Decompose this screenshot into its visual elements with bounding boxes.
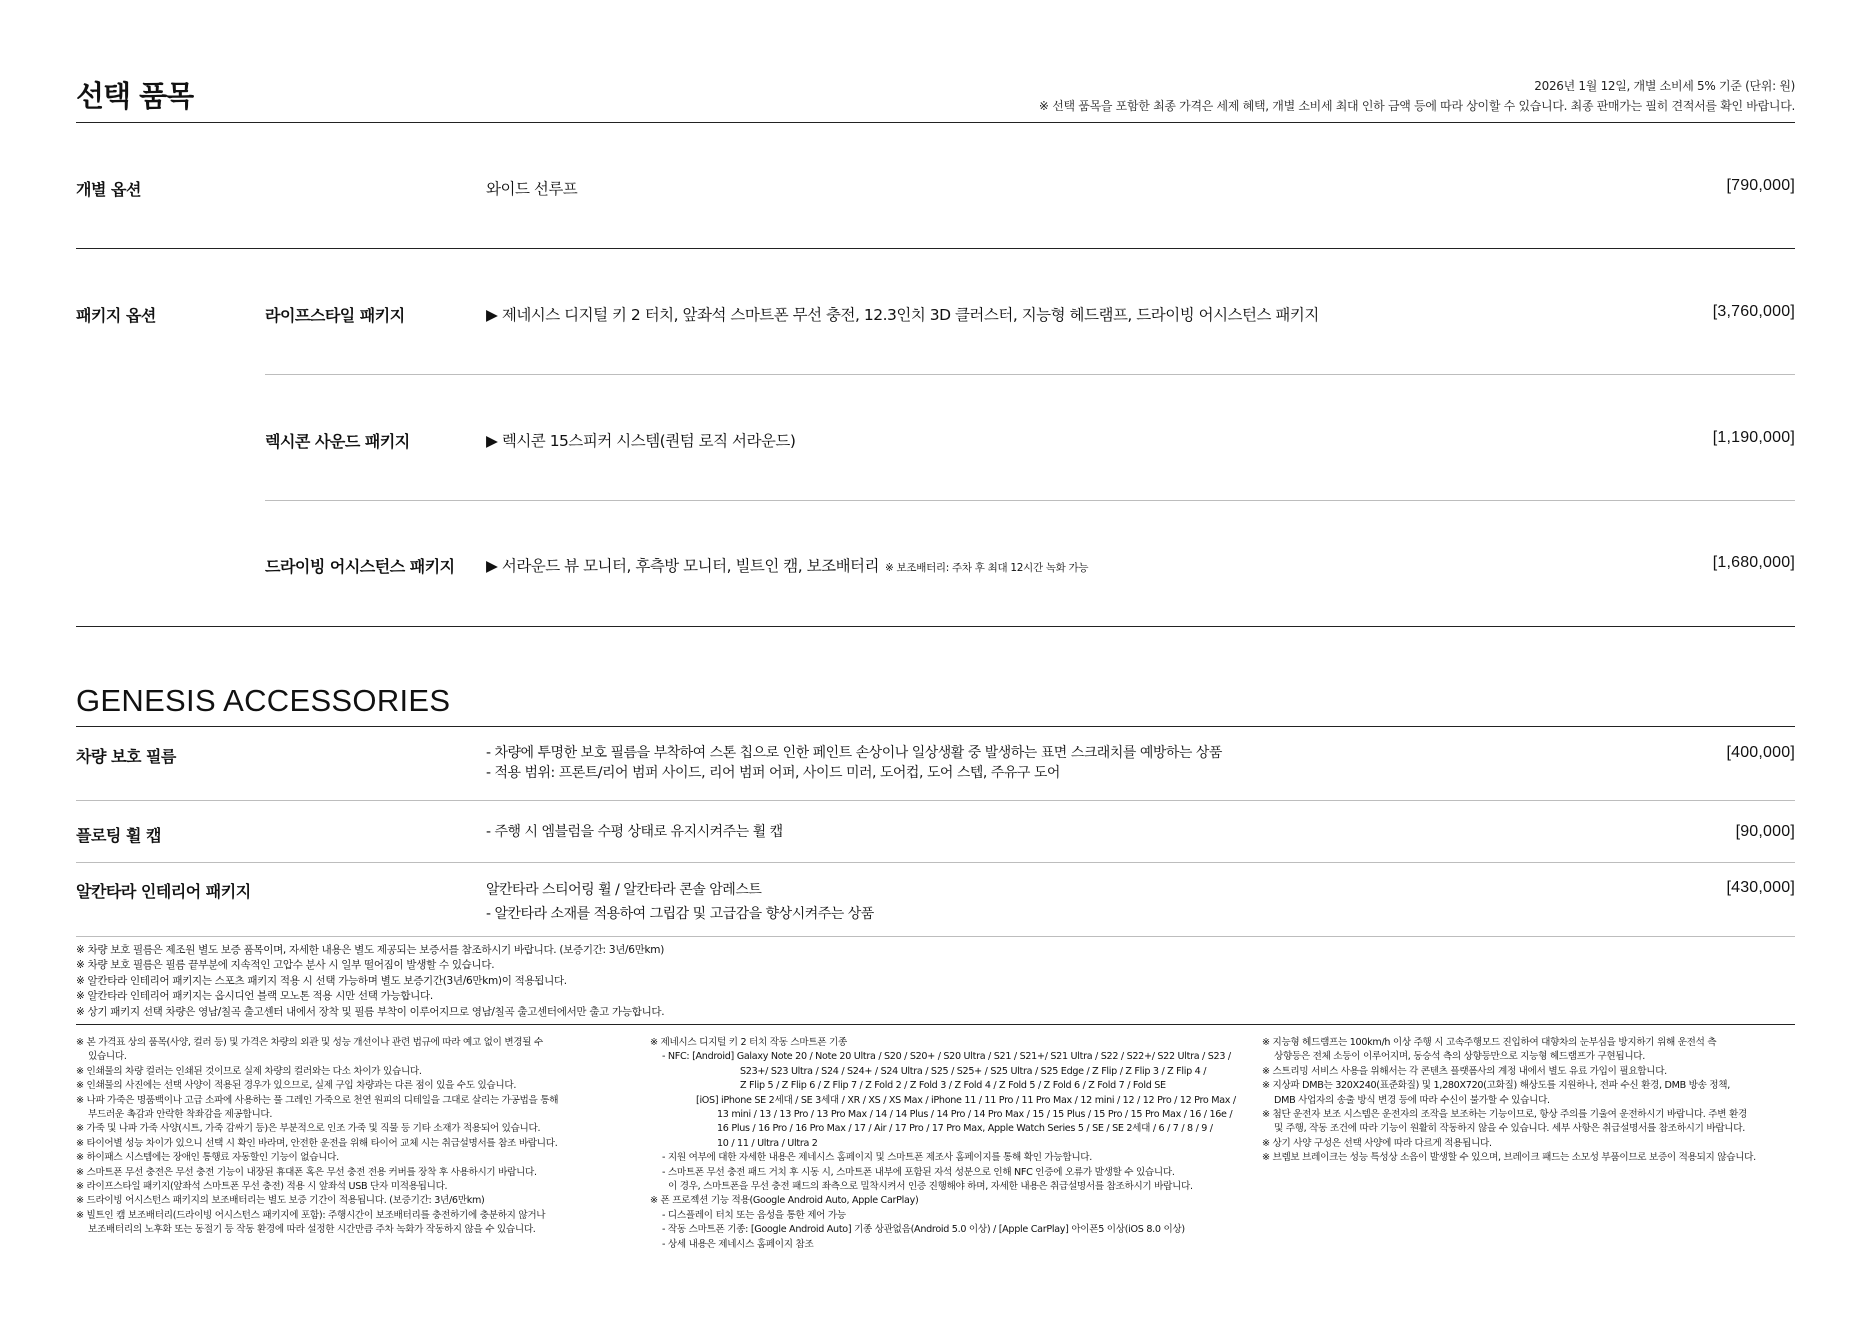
accessories-notes: ※ 차량 보호 필름은 제조원 별도 보증 품목이며, 자세한 내용은 별도 제… (76, 943, 664, 1020)
package-price: [3,760,000] (1713, 303, 1795, 321)
package-description: ▶ 제네시스 디지털 키 2 터치, 앞좌석 스마트폰 무선 충전, 12.3인… (486, 303, 1319, 325)
accessory-price: [90,000] (1736, 823, 1795, 841)
footnote-line: [iOS] iPhone SE 2세대 / SE 3세대 / XR / XS /… (650, 1094, 1250, 1108)
footnote-line: ※ 스마트폰 무선 충전은 무선 충전 기능이 내장된 휴대폰 혹은 무선 충전… (76, 1166, 636, 1180)
header-divider (76, 122, 1795, 123)
section-divider (76, 626, 1795, 627)
package-price: [1,190,000] (1713, 429, 1795, 447)
footnote-line: 보조배터리의 노후화 또는 동절기 등 작동 환경에 따라 설정한 시간만큼 주… (76, 1223, 636, 1237)
footnote-line: 16 Plus / 16 Pro / 16 Pro Max / 17 / Air… (650, 1122, 1250, 1136)
footnote-line: - NFC: [Android] Galaxy Note 20 / Note 2… (650, 1050, 1250, 1064)
page-title: 선택 품목 (76, 74, 193, 115)
footnote-line: ※ 제네시스 디지털 키 2 터치 작동 스마트폰 기종 (650, 1036, 1250, 1050)
footnote-line: - 상세 내용은 제네시스 홈페이지 참조 (650, 1238, 1250, 1252)
footnote-line: ※ 첨단 운전자 보조 시스템은 운전자의 조작을 보조하는 기능이므로, 항상… (1262, 1108, 1822, 1122)
accessory-name: 플로팅 휠 캡 (76, 823, 161, 846)
package-name: 라이프스타일 패키지 (265, 303, 405, 326)
accessory-divider (76, 936, 1795, 937)
individual-option-price: [790,000] (1726, 177, 1795, 195)
footnote-line: ※ 라이프스타일 패키지(앞좌석 스마트폰 무선 충전) 적용 시 앞좌석 US… (76, 1180, 636, 1194)
section-divider (76, 248, 1795, 249)
footnote-line: 부드러운 촉감과 안락한 착좌감을 제공합니다. (76, 1108, 636, 1122)
price-disclaimer: ※ 선택 품목을 포함한 최종 가격은 세제 혜택, 개별 소비세 최대 인하 … (1039, 97, 1795, 114)
accessory-divider (76, 800, 1795, 801)
package-divider (265, 374, 1795, 375)
package-name: 드라이빙 어시스턴스 패키지 (265, 554, 455, 577)
footnote-line: 있습니다. (76, 1050, 636, 1064)
accessories-title: GENESIS ACCESSORIES (76, 683, 450, 719)
footnote-line: S23+/ S23 Ultra / S24 / S24+ / S24 Ultra… (650, 1065, 1250, 1079)
footnotes-column-middle: ※ 제네시스 디지털 키 2 터치 작동 스마트폰 기종- NFC: [Andr… (650, 1036, 1250, 1252)
package-option-category: 패키지 옵션 (76, 303, 156, 326)
footnote-line: 10 / 11 / Ultra / Ultra 2 (650, 1137, 1250, 1151)
footnote-line: 13 mini / 13 / 13 Pro / 13 Pro Max / 14 … (650, 1108, 1250, 1122)
footnote-line: 이 경우, 스마트폰을 무선 충전 패드의 좌측으로 밀착시켜서 인증 진행해야… (650, 1180, 1250, 1194)
footnote-line: ※ 가죽 및 나파 가죽 사양(시트, 가죽 감싸기 등)은 부분적으로 인조 … (76, 1122, 636, 1136)
footnotes-column-right: ※ 지능형 헤드램프는 100km/h 이상 주행 시 고속주행모드 진입하여 … (1262, 1036, 1822, 1166)
individual-option-item: 와이드 선루프 (486, 177, 577, 199)
footnote-line: ※ 인쇄물의 사진에는 선택 사양이 적용된 경우가 있으므로, 실제 구입 차… (76, 1079, 636, 1093)
footnote-line: ※ 빌트인 캠 보조배터리(드라이빙 어시스턴스 패키지에 포함): 주행시간이… (76, 1209, 636, 1223)
individual-option-category: 개별 옵션 (76, 177, 141, 200)
accessory-name: 차량 보호 필름 (76, 744, 176, 767)
package-description: ▶ 렉시콘 15스피커 시스템(퀀텀 로직 서라운드) (486, 429, 795, 451)
footnote-line: ※ 하이패스 시스템에는 장애인 통행료 자동할인 기능이 없습니다. (76, 1151, 636, 1165)
package-description: ▶ 서라운드 뷰 모니터, 후측방 모니터, 빌트인 캠, 보조배터리※ 보조배… (486, 554, 1088, 576)
footnotes-divider (76, 1024, 1795, 1025)
footnote-line: ※ 지상파 DMB는 320X240(표준화질) 및 1,280X720(고화질… (1262, 1079, 1822, 1093)
footnote-line: 상향등은 전체 소등이 이루어지며, 동승석 측의 상향등만으로 지능형 헤드램… (1262, 1050, 1822, 1064)
footnote-line: Z Flip 5 / Z Flip 6 / Z Flip 7 / Z Fold … (650, 1079, 1250, 1093)
footnote-line: ※ 나파 가죽은 명품백이나 고급 소파에 사용하는 풀 그레인 가죽으로 천연… (76, 1094, 636, 1108)
footnote-line: ※ 드라이빙 어시스턴스 패키지의 보조배터리는 별도 보증 기간이 적용됩니다… (76, 1194, 636, 1208)
package-price: [1,680,000] (1713, 554, 1795, 572)
accessory-price: [430,000] (1726, 879, 1795, 897)
footnote-line: ※ 폰 프로젝션 기능 적용(Google Android Auto, Appl… (650, 1194, 1250, 1208)
footnote-line: - 디스플레이 터치 또는 음성을 통한 제어 가능 (650, 1209, 1250, 1223)
accessory-divider (76, 862, 1795, 863)
footnote-line: DMB 사업자의 송출 방식 변경 등에 따라 수신이 불가할 수 있습니다. (1262, 1094, 1822, 1108)
package-divider (265, 500, 1795, 501)
accessories-divider (76, 726, 1795, 727)
package-note: ※ 보조배터리: 주차 후 최대 12시간 녹화 가능 (885, 562, 1088, 574)
accessory-price: [400,000] (1726, 744, 1795, 762)
footnote-line: 및 주행, 작동 조건에 따라 기능이 원활히 작동하지 않을 수 있습니다. … (1262, 1122, 1822, 1136)
package-name: 렉시콘 사운드 패키지 (265, 429, 410, 452)
footnote-line: - 작동 스마트폰 기종: [Google Android Auto] 기종 상… (650, 1223, 1250, 1237)
footnote-line: ※ 본 가격표 상의 품목(사양, 컬러 등) 및 가격은 차량의 외관 및 성… (76, 1036, 636, 1050)
footnote-line: - 지원 여부에 대한 자세한 내용은 제네시스 홈페이지 및 스마트폰 제조사… (650, 1151, 1250, 1165)
footnote-line: ※ 상기 사양 구성은 선택 사양에 따라 다르게 적용됩니다. (1262, 1137, 1822, 1151)
footnote-line: ※ 브렘보 브레이크는 성능 특성상 소음이 발생할 수 있으며, 브레이크 패… (1262, 1151, 1822, 1165)
footnote-line: ※ 타이어별 성능 차이가 있으니 선택 시 확인 바라며, 안전한 운전을 위… (76, 1137, 636, 1151)
accessory-description: 알칸타라 스티어링 휠 / 알칸타라 콘솔 암레스트 - 알칸타라 소재를 적용… (486, 878, 874, 926)
footnote-line: ※ 인쇄물의 차량 컬러는 인쇄된 것이므로 실제 차량의 컬러와는 다소 차이… (76, 1065, 636, 1079)
accessory-description: - 주행 시 엠블럼을 수평 상태로 유지시켜주는 휠 캡 (486, 822, 783, 842)
accessory-description: - 차량에 투명한 보호 필름을 부착하여 스톤 칩으로 인한 페인트 손상이나… (486, 743, 1222, 783)
footnote-line: ※ 스트리밍 서비스 사용을 위해서는 각 콘텐츠 플랫폼사의 계정 내에서 별… (1262, 1065, 1822, 1079)
footnotes-column-left: ※ 본 가격표 상의 품목(사양, 컬러 등) 및 가격은 차량의 외관 및 성… (76, 1036, 636, 1238)
footnote-line: - 스마트폰 무선 충전 패드 거치 후 시동 시, 스마트폰 내부에 포함된 … (650, 1166, 1250, 1180)
footnote-line: ※ 지능형 헤드램프는 100km/h 이상 주행 시 고속주행모드 진입하여 … (1262, 1036, 1822, 1050)
price-basis-date: 2026년 1월 12일, 개별 소비세 5% 기준 (단위: 원) (1534, 77, 1795, 94)
accessory-name: 알칸타라 인테리어 패키지 (76, 879, 251, 902)
